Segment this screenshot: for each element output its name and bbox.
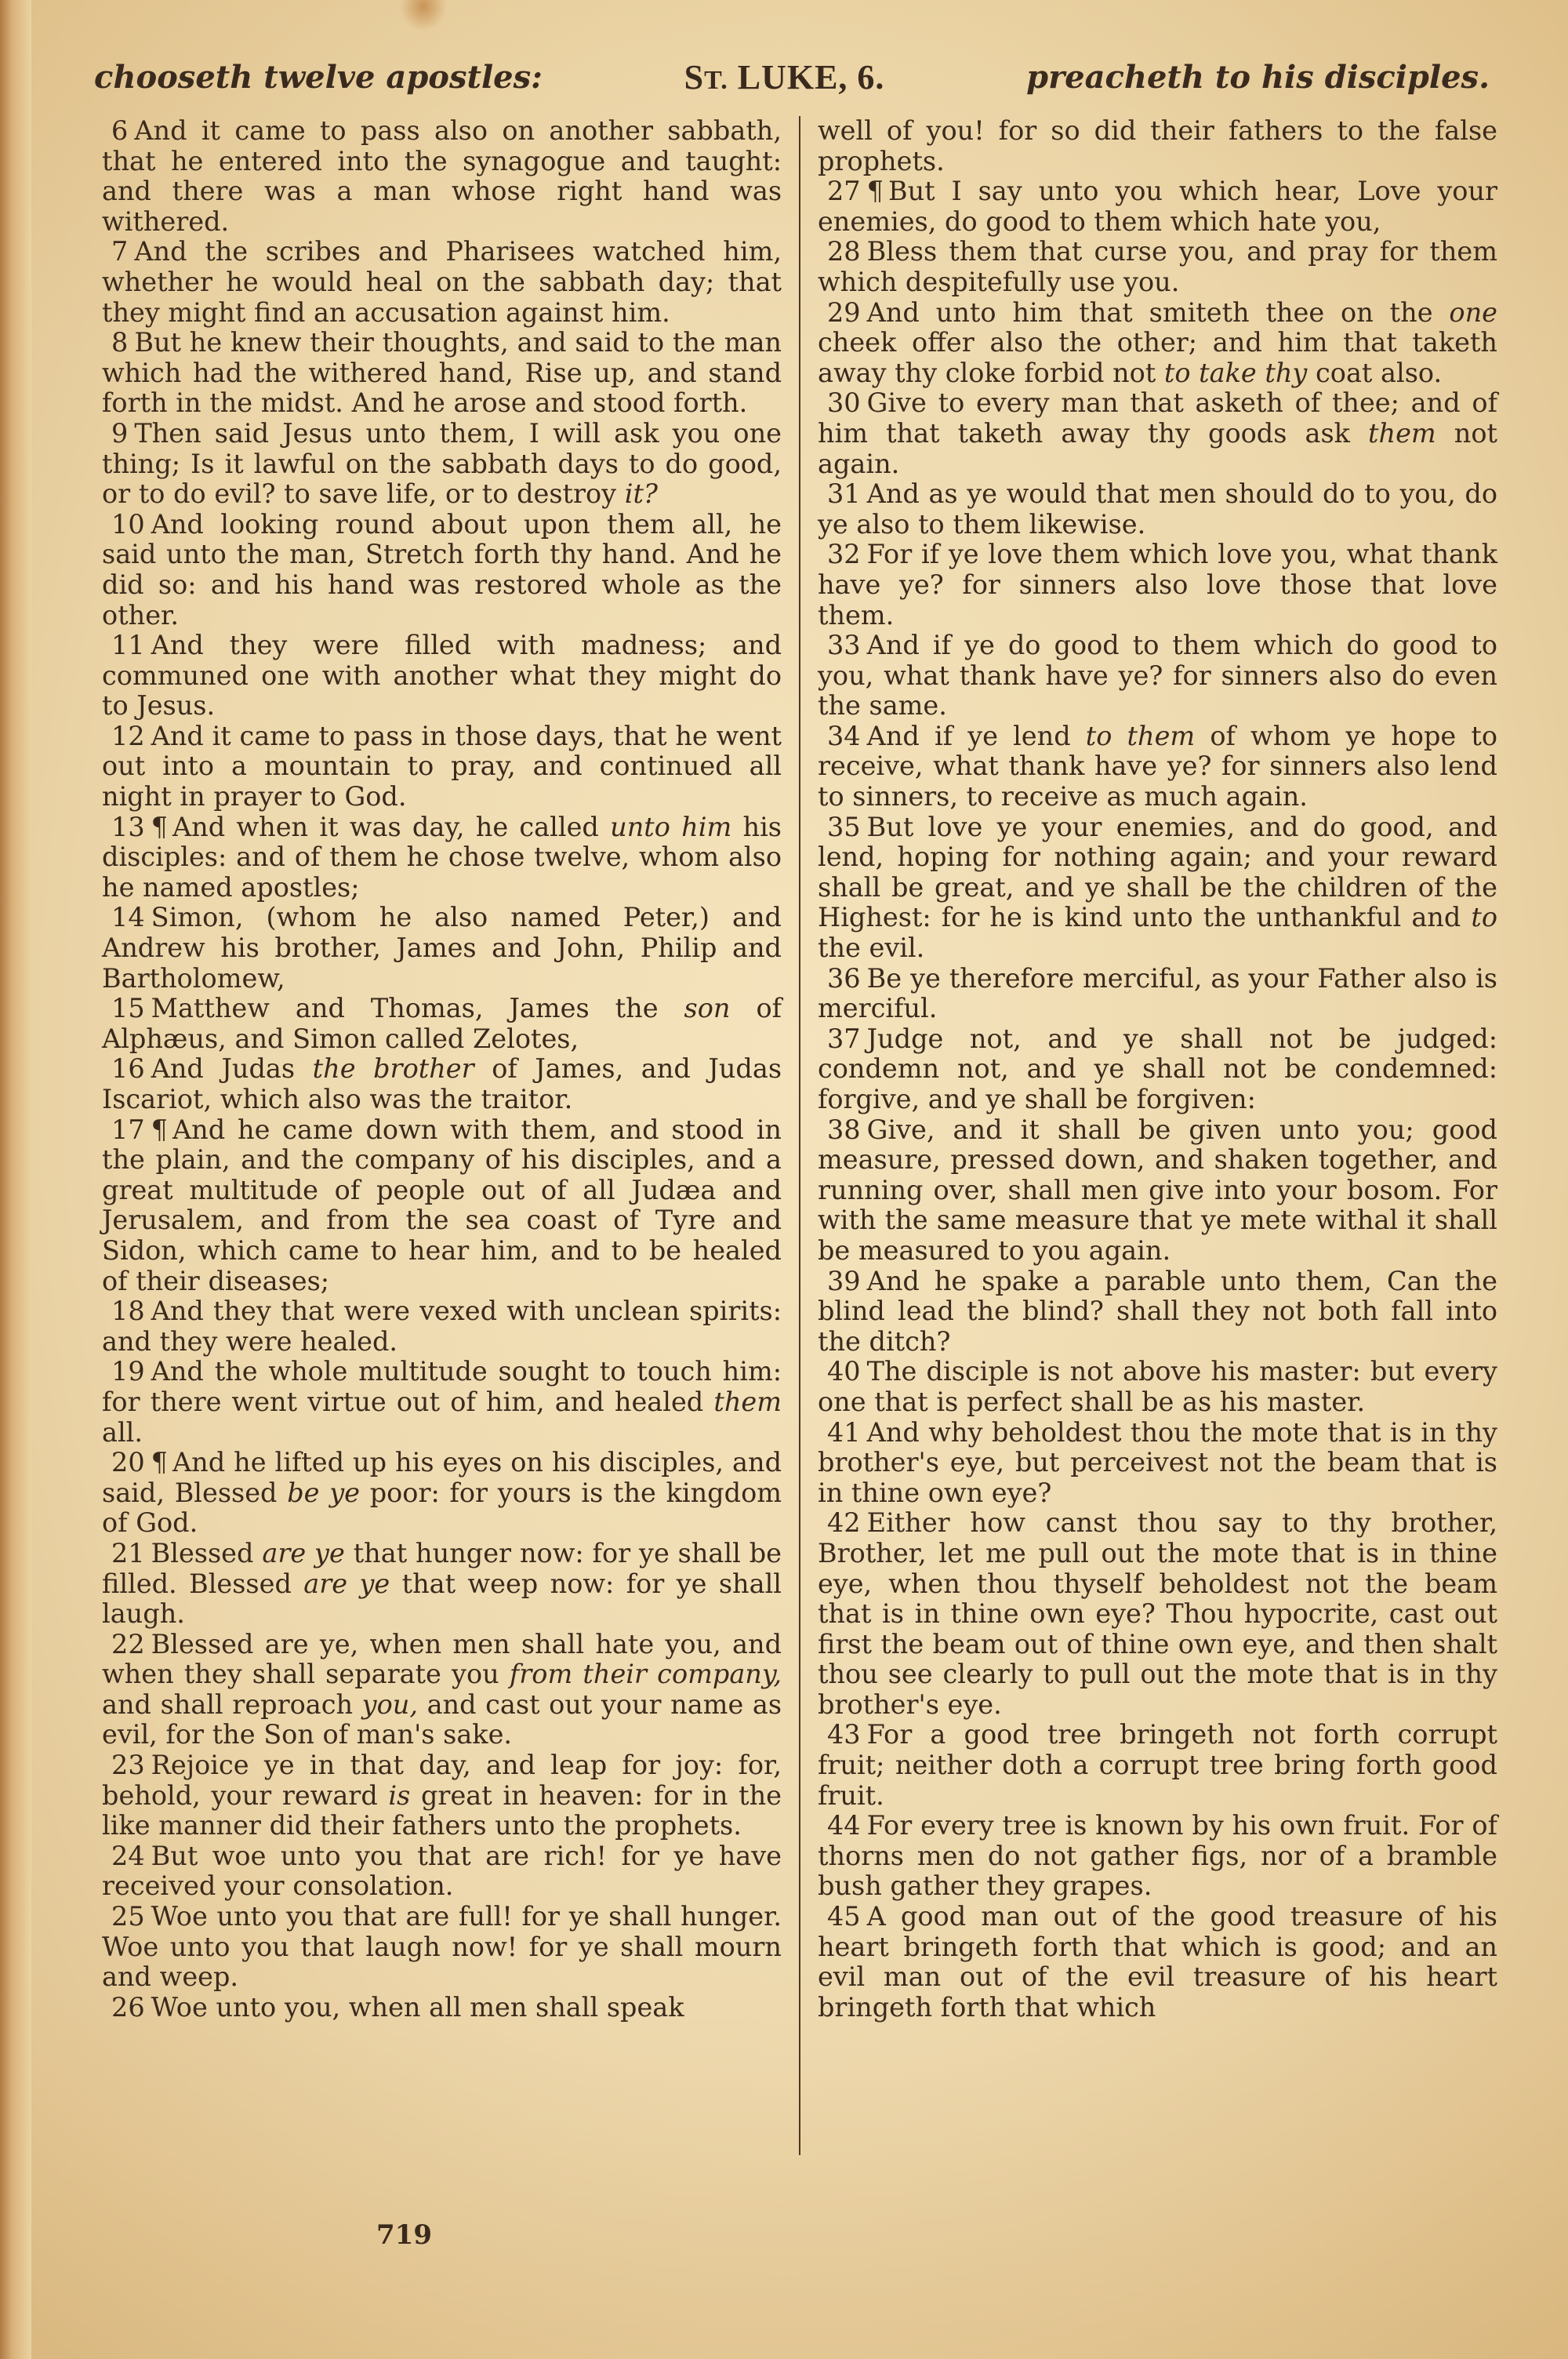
verse-text: And looking round about upon them all, h… [102,509,782,631]
verse-italic: to [1471,902,1497,932]
header-left-caption: chooseth twelve apostles: [94,59,543,96]
verse: 21Blessed are ye that hunger now: for ye… [102,1539,782,1630]
verse-number: 24 [102,1841,145,1871]
verse-italic: from their company, [510,1659,782,1689]
verse-number: 15 [102,993,145,1023]
verse-number: 39 [818,1266,861,1296]
verse-text: A good man out of the good treasure of h… [818,1901,1497,2023]
book-page: chooseth twelve apostles: ST. LUKE, 6. p… [0,0,1568,2359]
verse-italic: son [684,993,731,1023]
verse-number: 32 [818,539,861,569]
verse: 43For a good tree bringeth not forth cor… [818,1720,1497,1811]
verse-number: 40 [818,1356,861,1387]
verse: 26Woe unto you, when all men shall speak [102,1993,782,2023]
verse: 34And if ye lend to them of whom ye hope… [818,722,1497,812]
verse-number: 34 [818,721,861,751]
verse-text: And the whole multitude sought to touch … [102,1356,782,1417]
verse-text: Simon, (whom he also named Peter,) and A… [102,902,782,993]
verse: 14Simon, (whom he also named Peter,) and… [102,903,782,994]
verse-number: 23 [102,1750,145,1780]
verse: 28Bless them that curse you, and pray fo… [818,237,1497,297]
verse-number: 14 [102,902,145,932]
verse: 40The disciple is not above his master: … [818,1357,1497,1417]
verse-number: 9 [102,418,128,449]
verse-italic: them [1368,418,1436,449]
verse: 10And looking round about upon them all,… [102,510,782,631]
verse-text: And it came to pass also on another sabb… [102,115,782,237]
verse-text: And Judas [151,1053,295,1084]
verse-number: 25 [102,1901,145,1932]
verse-number: 11 [102,630,145,660]
verse-text: The disciple is not above his master: bu… [818,1356,1497,1417]
verse-number: 16 [102,1053,145,1084]
verse: 12And it came to pass in those days, tha… [102,722,782,812]
verse-number: 26 [102,1992,145,2023]
verse-italic: is [388,1780,410,1811]
verse-number: 41 [818,1417,861,1448]
verse-number: 21 [102,1538,145,1568]
verse-text: For every tree is known by his own fruit… [818,1810,1497,1901]
verse: 24But woe unto you that are rich! for ye… [102,1841,782,1902]
verse-text: But I say unto you which hear, Love your… [818,176,1497,237]
verse: 31And as ye would that men should do to … [818,479,1497,540]
verse-italic: are ye [303,1568,390,1599]
verse: 42Either how canst thou say to thy broth… [818,1508,1497,1720]
pilcrow-mark: ¶ [867,176,884,206]
verse-text: Then said Jesus unto them, I will ask yo… [102,418,782,509]
verse-number: 6 [102,115,128,146]
verse-text: And they that were vexed with unclean sp… [102,1296,782,1357]
verse-number: 28 [818,236,861,267]
verse-number: 17 [102,1114,145,1145]
verse-text: Woe unto you that are full! for ye shall… [102,1901,782,1992]
verse-text: And the scribes and Pharisees watched hi… [102,236,782,327]
verse: 8But he knew their thoughts, and said to… [102,328,782,419]
verse: 37Judge not, and ye shall not be judged:… [818,1024,1497,1115]
left-column: 6And it came to pass also on another sab… [102,116,799,2194]
verse-number: 45 [818,1901,861,1932]
verse: 19And the whole multitude sought to touc… [102,1357,782,1448]
verse: 25Woe unto you that are full! for ye sha… [102,1902,782,1993]
verse: 20¶And he lifted up his eyes on his disc… [102,1448,782,1539]
verse-number: 36 [818,963,861,994]
page-number: 719 [376,2219,432,2251]
text-columns: 6And it came to pass also on another sab… [102,116,1497,2194]
verse: 36Be ye therefore merciful, as your Fath… [818,964,1497,1024]
header-title-smallcaps: T. [704,66,728,95]
verse: 27¶But I say unto you which hear, Love y… [818,176,1497,237]
verse: 22Blessed are ye, when men shall hate yo… [102,1630,782,1750]
verse: 30Give to every man that asketh of thee;… [818,388,1497,479]
verse-italic: unto him [610,812,731,842]
verse-number: 31 [818,478,861,509]
verse-number: 33 [818,630,861,660]
verse-number: 18 [102,1296,145,1326]
running-header: chooseth twelve apostles: ST. LUKE, 6. p… [94,45,1490,108]
pilcrow-mark: ¶ [151,1114,168,1145]
verse: 32For if ye love them which love you, wh… [818,540,1497,631]
verse-italic: are ye [262,1538,344,1568]
verse-text: And he came down with them, and stood in… [102,1114,782,1296]
verse-text: the evil. [818,932,924,963]
verse-number: 35 [818,812,861,842]
verse-text: And if ye lend [867,721,1071,751]
verse-number: 42 [818,1507,861,1538]
verse-text: Blessed [151,1538,254,1568]
verse-number: 10 [102,509,145,540]
right-column: well of you! for so did their fathers to… [800,116,1497,2194]
verse-number: 37 [818,1023,861,1054]
verse-text: coat also. [1316,358,1442,388]
pilcrow-mark: ¶ [151,1447,168,1478]
verse-italic: one [1449,297,1497,328]
verse-italic: it? [625,478,658,509]
verse: 18And they that were vexed with unclean … [102,1296,782,1357]
verse: 6And it came to pass also on another sab… [102,116,782,237]
verse-text: Matthew and Thomas, James the [151,993,659,1023]
verse-text: Give, and it shall be given unto you; go… [818,1114,1497,1266]
verse-text: and shall reproach [102,1689,353,1720]
verse: 16And Judas the brother of James, and Ju… [102,1054,782,1114]
verse-italic: the brother [313,1053,474,1084]
verse: 7And the scribes and Pharisees watched h… [102,237,782,328]
verse-text: And when it was day, he called [172,812,599,842]
verse-italic: to them [1086,721,1195,751]
verse-number: 7 [102,236,128,267]
verse-text: Either how canst thou say to thy brother… [818,1507,1497,1720]
verse-text: And he spake a parable unto them, Can th… [818,1266,1497,1357]
verse-number: 44 [818,1810,861,1841]
verse-text: well of you! for so did their fathers to… [818,115,1497,176]
paper-stain [400,0,447,31]
verse: 29And unto him that smiteth thee on the … [818,298,1497,389]
verse-text: And as ye would that men should do to yo… [818,478,1497,540]
verse-number: 12 [102,721,145,751]
verse-italic: you, [362,1689,418,1720]
header-right-caption: preacheth to his disciples. [1026,59,1490,96]
verse-number: 13 [102,812,145,842]
verse: 9Then said Jesus unto them, I will ask y… [102,419,782,510]
verse-text: But love ye your enemies, and do good, a… [818,812,1497,933]
verse-text: And if ye do good to them which do good … [818,630,1497,721]
verse-text: all. [102,1417,143,1448]
verse: 38Give, and it shall be given unto you; … [818,1115,1497,1267]
verse-number: 29 [818,297,861,328]
verse: 41And why beholdest thou the mote that i… [818,1418,1497,1509]
verse-text: And it came to pass in those days, that … [102,721,782,812]
verse-text: Be ye therefore merciful, as your Father… [818,963,1497,1024]
verse-text: But woe unto you that are rich! for ye h… [102,1841,782,1902]
verse: 23Rejoice ye in that day, and leap for j… [102,1750,782,1841]
verse: 44For every tree is known by his own fru… [818,1811,1497,1902]
verse-italic: them [713,1387,782,1417]
verse-number: 20 [102,1447,145,1478]
verse-text: And why beholdest thou the mote that is … [818,1417,1497,1508]
verse-number: 27 [818,176,861,206]
verse: 35But love ye your enemies, and do good,… [818,812,1497,964]
verse: 33And if ye do good to them which do goo… [818,631,1497,722]
verse-number: 38 [818,1114,861,1145]
verse: 17¶And he came down with them, and stood… [102,1115,782,1297]
page-edge [0,0,31,2359]
verse: 11And they were filled with madness; and… [102,631,782,722]
verse-number: 22 [102,1629,145,1659]
verse-italic: to take thy [1164,358,1307,388]
verse: 45A good man out of the good treasure of… [818,1902,1497,2023]
verse-number: 19 [102,1356,145,1387]
verse-number: 43 [818,1719,861,1750]
verse-number: 30 [818,387,861,418]
verse: 15Matthew and Thomas, James the son of A… [102,994,782,1054]
verse-text: And they were filled with madness; and c… [102,630,782,721]
verse-number: 8 [102,327,128,358]
header-title-main: LUKE, 6. [728,58,885,96]
verse: 39And he spake a parable unto them, Can … [818,1267,1497,1358]
verse-text: For a good tree bringeth not forth corru… [818,1719,1497,1810]
verse: 13¶And when it was day, he called unto h… [102,812,782,903]
verse-text: Bless them that curse you, and pray for … [818,236,1497,297]
header-book-chapter: ST. LUKE, 6. [684,57,885,97]
verse-text: Judge not, and ye shall not be judged: c… [818,1023,1497,1114]
verse-text: But he knew their thoughts, and said to … [102,327,782,418]
verse-text: For if ye love them which love you, what… [818,539,1497,630]
verse-italic: be ye [287,1478,360,1508]
pilcrow-mark: ¶ [151,812,168,842]
verse-text: Woe unto you, when all men shall speak [151,1992,684,2023]
verse-text: And unto him that smiteth thee on the [867,297,1433,328]
header-title-initial: S [684,58,704,96]
verse: well of you! for so did their fathers to… [818,116,1497,176]
